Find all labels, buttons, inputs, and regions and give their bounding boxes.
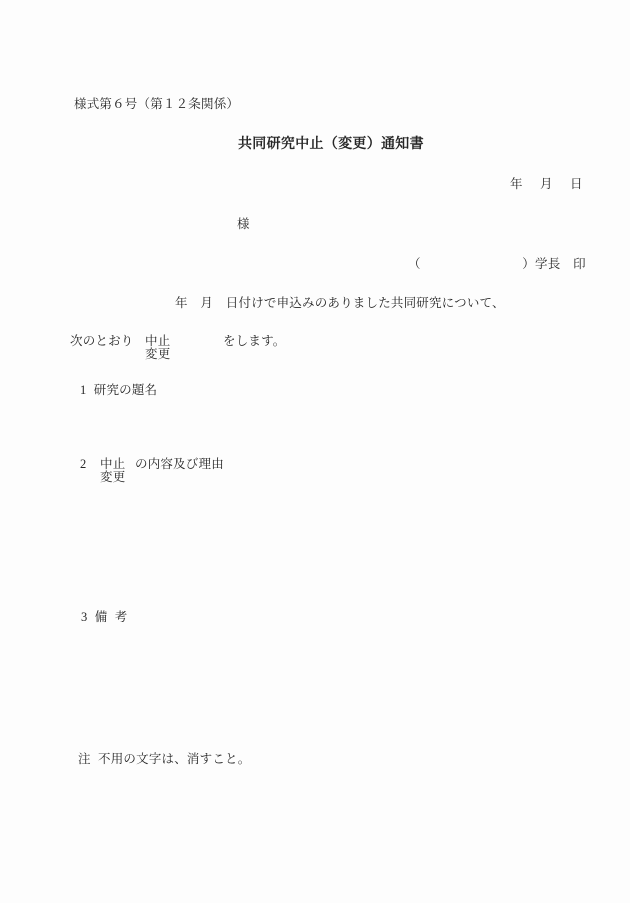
- action-choice-change: 変更: [145, 348, 170, 362]
- application-date-sentence: 年 月 日付けで申込みのありました共同研究について、: [175, 297, 505, 311]
- action-sentence-suffix: をします。: [223, 335, 286, 349]
- section-3-heading: 3 備 考: [81, 611, 128, 625]
- section-2-label: の内容及び理由: [135, 458, 224, 472]
- section-2-number: 2: [80, 458, 86, 472]
- date-line: 年 月 日: [510, 178, 585, 192]
- form-number: 様式第６号（第１２条関係）: [74, 98, 239, 112]
- action-sentence-prefix: 次のとおり: [70, 335, 134, 349]
- footnote: 注 不用の文字は、消すこと。: [78, 753, 250, 767]
- document-page: 様式第６号（第１２条関係） 共同研究中止（変更）通知書 年 月 日 様 （ ）学…: [0, 0, 630, 903]
- section-2-choice-change: 変更: [100, 471, 125, 485]
- section-1-heading: 1 研究の題名: [80, 384, 157, 398]
- document-title: 共同研究中止（変更）通知書: [238, 136, 424, 151]
- issuer-signature-line: （ ）学長 印: [408, 258, 586, 272]
- recipient-honorific: 様: [237, 218, 250, 232]
